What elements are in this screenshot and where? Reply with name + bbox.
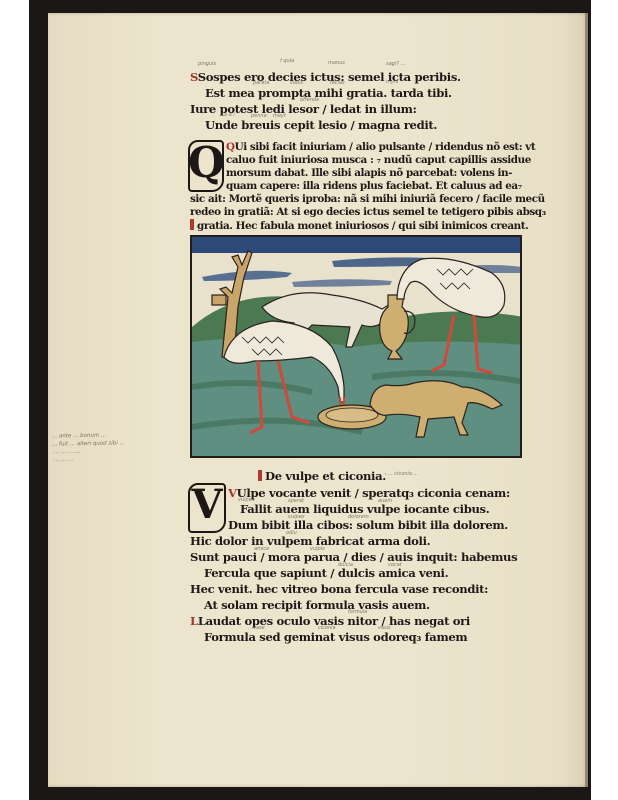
lower-verse-line-8: At solam recipit formula vasis auem. — [204, 598, 430, 612]
gloss: dolorem — [348, 514, 369, 520]
lower-verse-line-10: Formula sed geminat visus odoreq₃ famem — [204, 630, 467, 644]
top-verse-line-2: Est mea prompta mihi gratia. tarda tibi. — [205, 86, 452, 100]
heading-annotation: ... ₇ ... ciconia ... — [378, 471, 418, 477]
decorated-initial-q: Q — [188, 137, 224, 189]
gloss: vulpes — [238, 497, 254, 503]
gloss: offende — [300, 97, 319, 103]
gloss: penna — [251, 113, 267, 119]
margin-note-line: ... ... ... ... — [54, 449, 80, 455]
rubric-mark — [190, 219, 194, 230]
gloss: mayt — [273, 113, 286, 119]
gloss: auem — [378, 498, 392, 504]
gloss: vulpes — [288, 514, 304, 520]
gloss: vocat — [388, 562, 402, 568]
top-verse-line-4: Unde breuis cepit lesio / magna redit. — [205, 118, 437, 132]
fable-heading: De vulpe et ciconia. — [258, 469, 386, 483]
gloss: amice — [254, 546, 269, 552]
prose-line-4: quam capere: illa ridens plus faciebat. … — [226, 180, 522, 192]
rubric-mark — [258, 470, 262, 481]
top-verse-line-1: SSospes ero decies ictus: semel icta per… — [190, 70, 461, 84]
gloss: vulpis — [310, 546, 325, 552]
lower-verse-line-1: VUlpe vocante venit / speratq₃ ciconia c… — [228, 486, 510, 500]
decorated-initial-v: V — [188, 479, 226, 531]
margin-note-line: ... ante ... bonum ... — [52, 433, 106, 440]
gloss: pinguis — [198, 61, 216, 67]
gloss: f quia — [280, 58, 294, 64]
margin-note-line: ... ... ... — [54, 457, 73, 463]
prose-line-5: sic ait: Mortẽ queris iproba: nã si mihi… — [190, 193, 545, 205]
gloss: manus — [328, 60, 345, 66]
gloss: ciconia — [318, 625, 336, 631]
gloss: sperat — [288, 498, 304, 504]
prose-line-6: redeo in gratiã: At si ego decies ictus … — [190, 206, 546, 218]
gloss: facias — [330, 80, 345, 86]
gloss: formula — [348, 609, 367, 615]
gloss: sagi? ... — [386, 61, 405, 67]
fox-and-stork-illustration — [192, 237, 522, 458]
margin-note-line: ... fuit ... alteri quod sibi ... — [52, 440, 125, 447]
woodcut-illustration — [190, 235, 522, 458]
gloss: a d i — [224, 112, 235, 118]
gloss: myhi — [386, 79, 398, 85]
manuscript-page: SSospes ero decies ictus: semel icta per… — [48, 13, 588, 787]
gloss: parata — [253, 80, 269, 86]
prose-line-3: morsum dabat. Ille sibi alapis nõ parceb… — [226, 167, 512, 179]
prose-line-1: QUi sibi facit iniuriam / alio pulsante … — [226, 141, 535, 153]
gloss: vobis — [290, 80, 303, 86]
lower-verse-line-6: Fercula que sapiunt / dulcis amica veni. — [204, 566, 448, 580]
prose-line-7: gratia. Hec fabula monet iniuriosos / qu… — [190, 219, 528, 232]
gloss: dulcia — [338, 562, 353, 568]
prose-line-2: caluo fuit iniuriosa musca : ₇ nudũ capu… — [226, 154, 531, 166]
lower-verse-line-5: Sunt pauci / mora parua / dies / auis in… — [190, 550, 517, 564]
gloss: odiu — [286, 530, 297, 536]
gloss: vasis — [378, 625, 391, 631]
gloss: vase — [253, 625, 265, 631]
lower-verse-line-3: Dum bibit illa cibos: solum bibit illa d… — [228, 518, 508, 532]
lower-verse-line-7: Hec venit. hec vitreo bona fercula vase … — [190, 582, 488, 596]
